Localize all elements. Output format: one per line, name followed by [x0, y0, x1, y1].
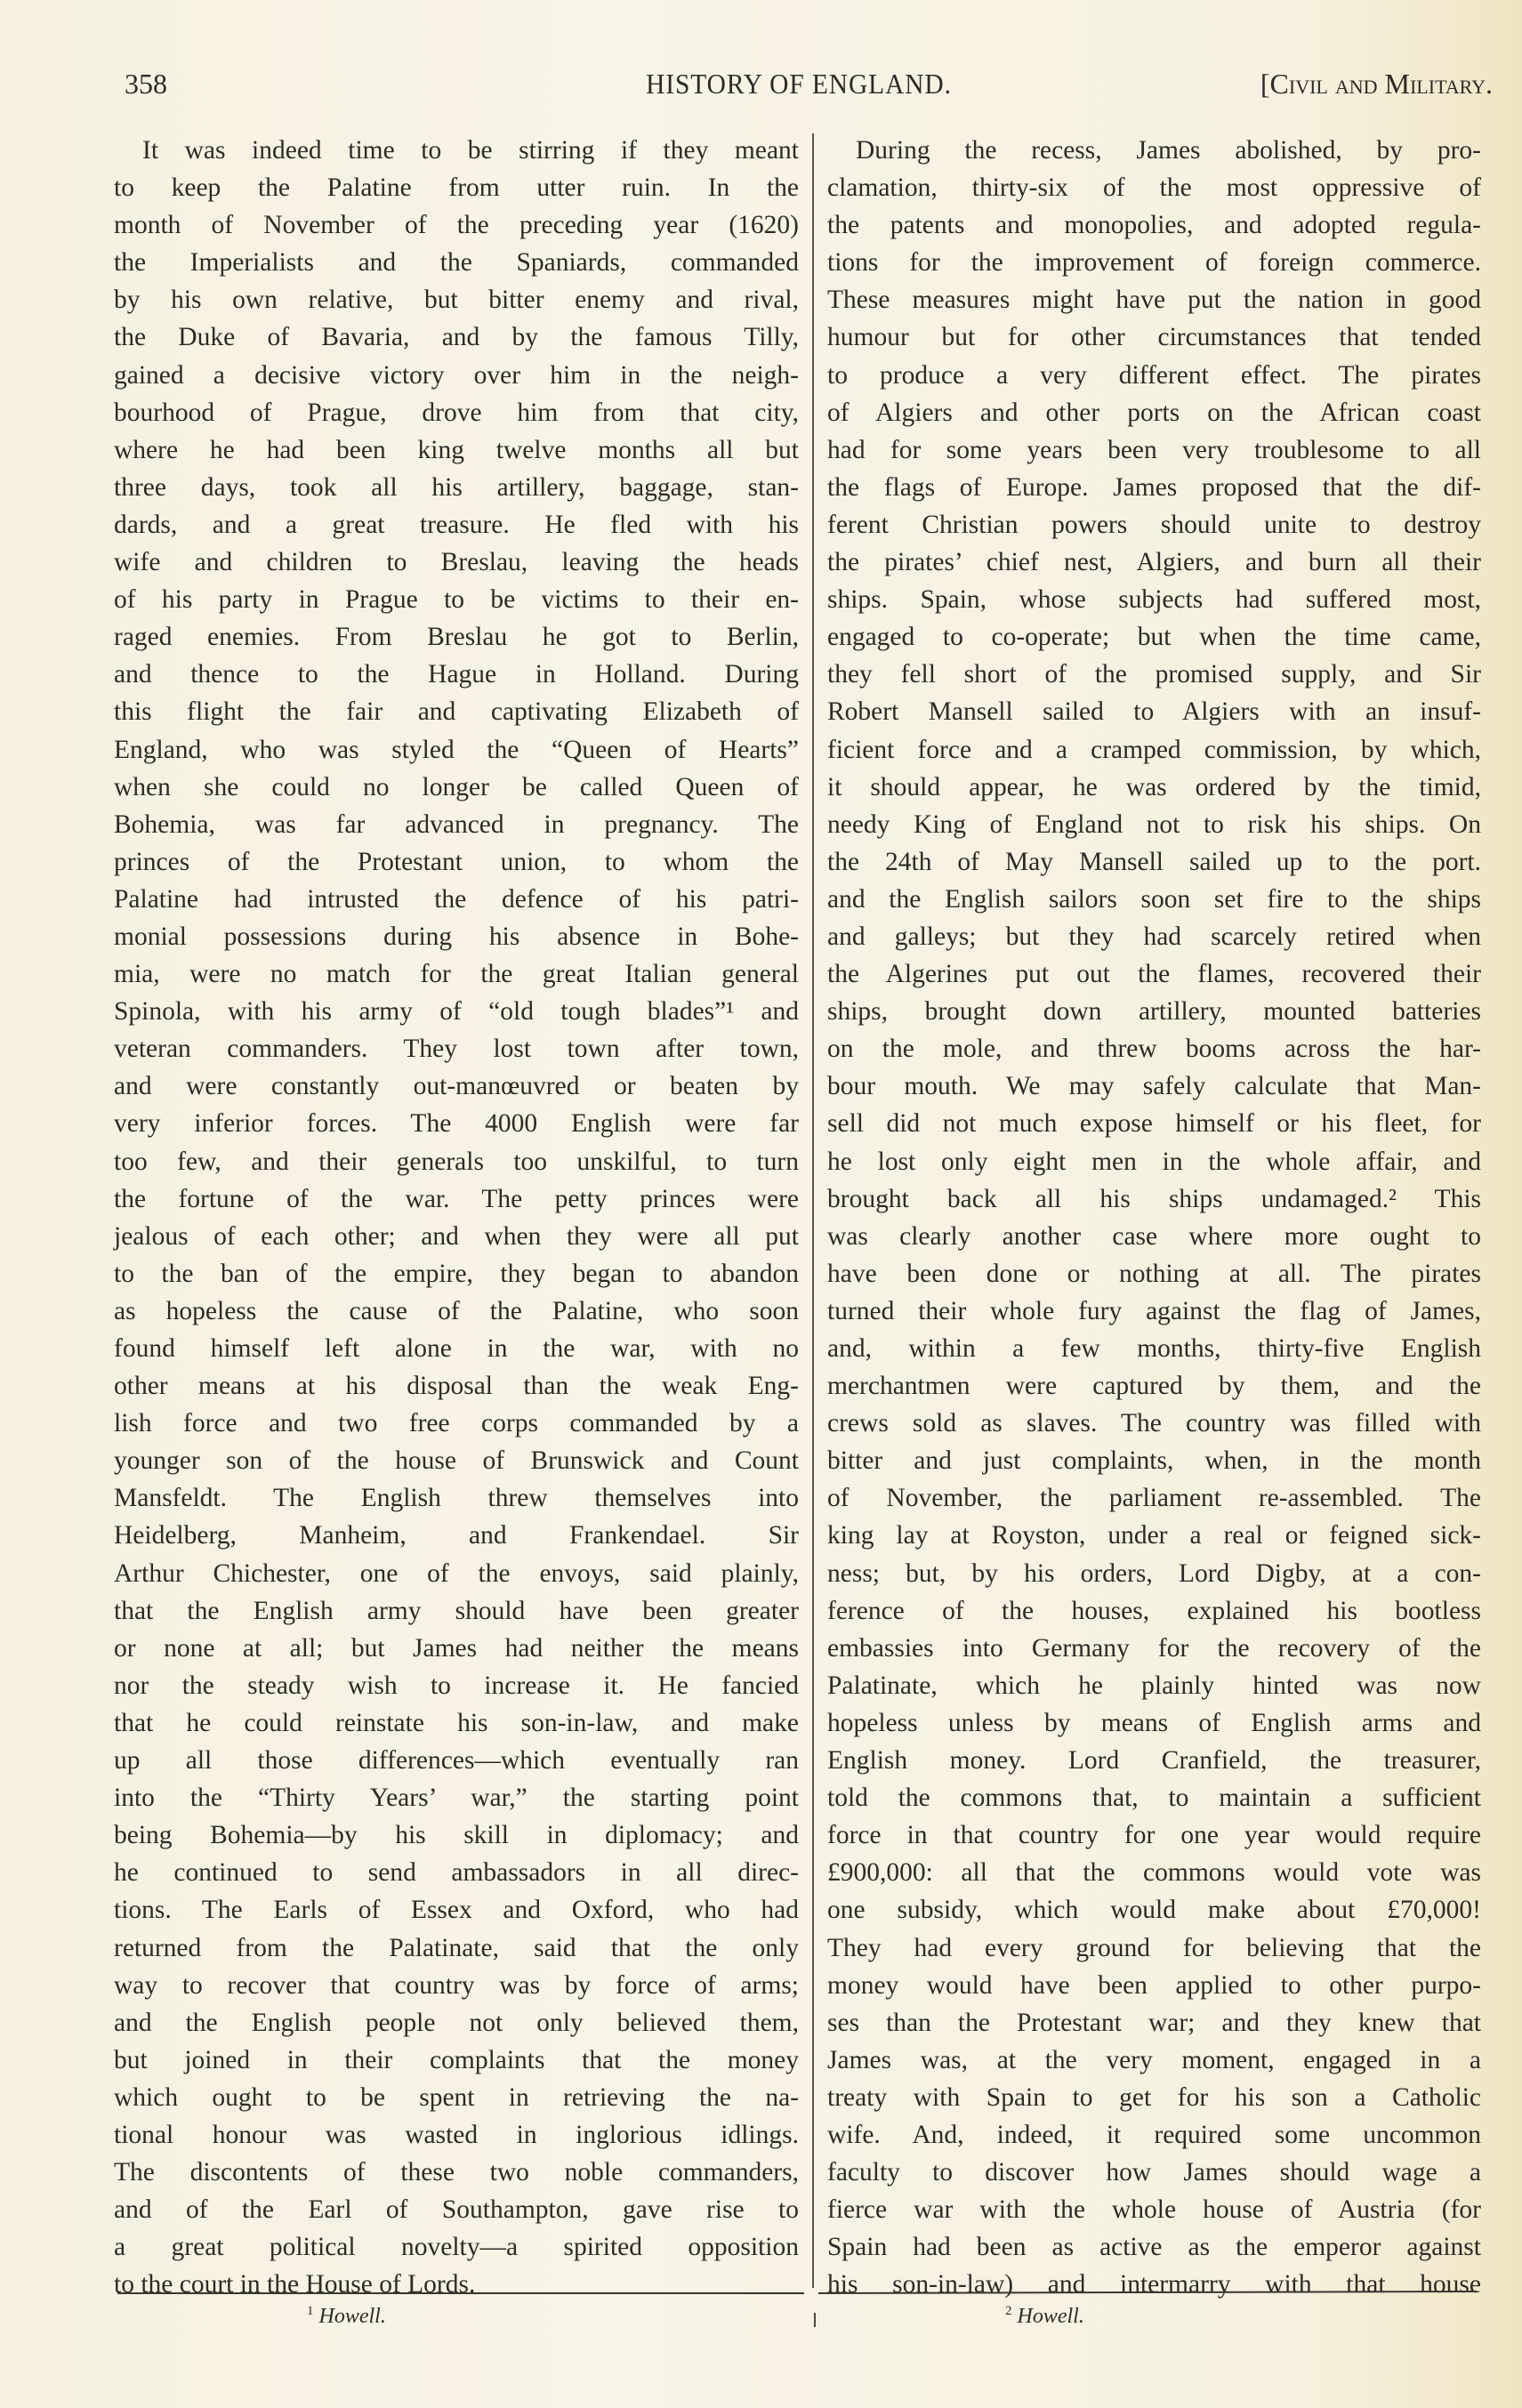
text-line: and galleys; but they had scarcely retir…	[827, 918, 1481, 955]
text-line: ferent Christian powers should unite to …	[827, 506, 1481, 544]
text-line: ses than the Protestant war; and they kn…	[827, 2004, 1481, 2042]
text-line: nor the steady wish to increase it. He f…	[114, 1667, 799, 1704]
text-line: ness; but, by his orders, Lord Digby, at…	[827, 1555, 1481, 1592]
text-line: During the recess, James abolished, by p…	[827, 132, 1481, 169]
text-line: dards, and a great treasure. He fled wit…	[114, 506, 799, 544]
text-line: ships, brought down artillery, mounted b…	[827, 993, 1481, 1030]
text-line: treaty with Spain to get for his son a C…	[827, 2079, 1481, 2116]
text-line: that the English army should have been g…	[114, 1592, 799, 1630]
text-line: told the commons that, to maintain a suf…	[827, 1779, 1481, 1816]
text-line: and thence to the Hague in Holland. Duri…	[114, 656, 799, 693]
text-line: Robert Mansell sailed to Algiers with an…	[827, 693, 1481, 730]
section-label: [Civil and Military.	[1260, 68, 1493, 101]
text-line: when she could no longer be called Queen…	[114, 769, 799, 806]
text-line: engaged to co-operate; but when the time…	[827, 618, 1481, 656]
text-line: found himself left alone in the war, wit…	[114, 1330, 799, 1367]
text-line: he lost only eight men in the whole affa…	[827, 1143, 1481, 1180]
text-line: England, who was styled the “Queen of He…	[114, 731, 799, 769]
text-line: but joined in their complaints that the …	[114, 2042, 799, 2079]
text-line: faculty to discover how James should wag…	[827, 2154, 1481, 2191]
footnote-text: Howell.	[319, 2305, 386, 2328]
text-line: to the court in the House of Lords.	[114, 2266, 799, 2303]
text-line: month of November of the preceding year …	[114, 206, 799, 244]
text-line: These measures might have put the nation…	[827, 281, 1481, 318]
text-line: gained a decisive victory over him in th…	[114, 357, 799, 394]
text-line: returned from the Palatinate, said that …	[114, 1929, 799, 1967]
text-line: and the English people not only believed…	[114, 2004, 799, 2042]
text-line: Palatine had intrusted the defence of hi…	[114, 881, 799, 918]
text-line: have been done or nothing at all. The pi…	[827, 1255, 1481, 1293]
text-line: wife and children to Breslau, leaving th…	[114, 544, 799, 581]
text-line: one subsidy, which would make about £70,…	[827, 1891, 1481, 1929]
text-line: mia, were no match for the great Italian…	[114, 955, 799, 993]
text-line: raged enemies. From Breslau he got to Be…	[114, 618, 799, 656]
gutter-mark	[814, 2313, 816, 2327]
text-line: tions. The Earls of Essex and Oxford, wh…	[114, 1891, 799, 1929]
text-line: money would have been applied to other p…	[827, 1967, 1481, 2004]
text-line: other means at his disposal than the wea…	[114, 1367, 799, 1405]
footnote-1: 1 Howell.	[307, 2304, 386, 2329]
text-line: he continued to send ambassadors in all …	[114, 1854, 799, 1891]
text-line: and were constantly out-manœuvred or bea…	[114, 1067, 799, 1105]
text-line: to keep the Palatine from utter ruin. In…	[114, 169, 799, 206]
text-line: this flight the fair and captivating Eli…	[114, 693, 799, 730]
text-line: king lay at Royston, under a real or fei…	[827, 1517, 1481, 1554]
text-line: it should appear, he was ordered by the …	[827, 769, 1481, 806]
text-line: tions for the improvement of foreign com…	[827, 244, 1481, 281]
text-line: and the English sailors soon set fire to…	[827, 881, 1481, 918]
text-line: Arthur Chichester, one of the envoys, sa…	[114, 1555, 799, 1592]
text-line: to produce a very different effect. The …	[827, 357, 1481, 394]
text-line: the 24th of May Mansell sailed up to the…	[827, 843, 1481, 881]
text-line: of November, the parliament re-assembled…	[827, 1479, 1481, 1517]
text-line: ficient force and a cramped commission, …	[827, 731, 1481, 769]
right-column: During the recess, James abolished, by p…	[827, 132, 1481, 2303]
text-line: Spinola, with his army of “old tough bla…	[114, 993, 799, 1030]
text-line: humour but for other circumstances that …	[827, 318, 1481, 356]
text-line: Bohemia, was far advanced in pregnancy. …	[114, 806, 799, 843]
running-header: 358 HISTORY OF ENGLAND. [Civil and Milit…	[114, 62, 1484, 107]
text-line: hopeless unless by means of English arms…	[827, 1704, 1481, 1742]
text-line: The discontents of these two noble comma…	[114, 2154, 799, 2191]
text-line: very inferior forces. The 4000 English w…	[114, 1105, 799, 1142]
text-line: younger son of the house of Brunswick an…	[114, 1442, 799, 1479]
text-line: as hopeless the cause of the Palatine, w…	[114, 1293, 799, 1330]
text-line: and, within a few months, thirty-five En…	[827, 1330, 1481, 1367]
text-line: turned their whole fury against the flag…	[827, 1293, 1481, 1330]
footnote-marker: 1	[307, 2304, 314, 2318]
text-line: It was indeed time to be stirring if the…	[114, 132, 799, 169]
text-line: or none at all; but James had neither th…	[114, 1630, 799, 1667]
text-line: tional honour was wasted in inglorious i…	[114, 2116, 799, 2154]
text-line: Palatinate, which he plainly hinted was …	[827, 1667, 1481, 1704]
text-line: and of the Earl of Southampton, gave ris…	[114, 2191, 799, 2228]
text-line: of his party in Prague to be victims to …	[114, 581, 799, 618]
footnote-marker: 2	[1005, 2304, 1012, 2318]
text-line: of Algiers and other ports on the Africa…	[827, 394, 1481, 431]
text-line: James was, at the very moment, engaged i…	[827, 2042, 1481, 2079]
text-line: into the “Thirty Years’ war,” the starti…	[114, 1779, 799, 1816]
text-line: was clearly another case where more ough…	[827, 1218, 1481, 1255]
text-line: wife. And, indeed, it required some unco…	[827, 2116, 1481, 2154]
text-line: bour mouth. We may safely calculate that…	[827, 1067, 1481, 1105]
text-line: the Duke of Bavaria, and by the famous T…	[114, 318, 799, 356]
text-line: his son-in-law) and intermarry with that…	[827, 2266, 1481, 2303]
text-line: the fortune of the war. The petty prince…	[114, 1180, 799, 1218]
text-line: bourhood of Prague, drove him from that …	[114, 394, 799, 431]
text-line: lish force and two free corps commanded …	[114, 1405, 799, 1442]
text-line: force in that country for one year would…	[827, 1816, 1481, 1854]
text-line: Spain had been as active as the emperor …	[827, 2228, 1481, 2266]
text-line: three days, took all his artillery, bagg…	[114, 469, 799, 506]
text-line: the patents and monopolies, and adopted …	[827, 206, 1481, 244]
text-line: brought back all his ships undamaged.² T…	[827, 1180, 1481, 1218]
text-line: the flags of Europe. James proposed that…	[827, 469, 1481, 506]
text-line: sell did not much expose himself or his …	[827, 1105, 1481, 1142]
text-line: bitter and just complaints, when, in the…	[827, 1442, 1481, 1479]
text-line: ference of the houses, explained his boo…	[827, 1592, 1481, 1630]
text-line: ships. Spain, whose subjects had suffere…	[827, 581, 1481, 618]
text-line: way to recover that country was by force…	[114, 1967, 799, 2004]
footnote-2: 2 Howell.	[1005, 2304, 1084, 2329]
text-line: they fell short of the promised supply, …	[827, 656, 1481, 693]
text-line: a great political novelty—a spirited opp…	[114, 2228, 799, 2266]
text-line: the pirates’ chief nest, Algiers, and bu…	[827, 544, 1481, 581]
text-line: Heidelberg, Manheim, and Frankendael. Si…	[114, 1517, 799, 1554]
text-line: which ought to be spent in retrieving th…	[114, 2079, 799, 2116]
running-title: HISTORY OF ENGLAND.	[169, 68, 1429, 101]
text-line: monial possessions during his absence in…	[114, 918, 799, 955]
text-line: jealous of each other; and when they wer…	[114, 1218, 799, 1255]
footnote-text: Howell.	[1018, 2305, 1084, 2328]
text-line: being Bohemia—by his skill in diplomacy;…	[114, 1816, 799, 1854]
text-line: They had every ground for believing that…	[827, 1929, 1481, 1967]
text-line: by his own relative, but bitter enemy an…	[114, 281, 799, 318]
text-line: that he could reinstate his son-in-law, …	[114, 1704, 799, 1742]
text-line: Mansfeldt. The English threw themselves …	[114, 1479, 799, 1517]
text-line: the Algerines put out the flames, recove…	[827, 955, 1481, 993]
text-line: clamation, thirty-six of the most oppres…	[827, 169, 1481, 206]
text-line: English money. Lord Cranfield, the treas…	[827, 1742, 1481, 1779]
text-line: needy King of England not to risk his sh…	[827, 806, 1481, 843]
text-line: fierce war with the whole house of Austr…	[827, 2191, 1481, 2228]
text-line: too few, and their generals too unskilfu…	[114, 1143, 799, 1180]
left-column: It was indeed time to be stirring if the…	[114, 132, 799, 2303]
text-line: princes of the Protestant union, to whom…	[114, 843, 799, 881]
text-line: embassies into Germany for the recovery …	[827, 1630, 1481, 1667]
text-line: £900,000: all that the commons would vot…	[827, 1854, 1481, 1891]
column-divider	[812, 133, 814, 2288]
text-line: on the mole, and threw booms across the …	[827, 1030, 1481, 1067]
text-line: up all those differences—which eventuall…	[114, 1742, 799, 1779]
footnote-rule-left	[117, 2292, 804, 2294]
text-line: merchantmen were captured by them, and t…	[827, 1367, 1481, 1405]
text-line: the Imperialists and the Spaniards, comm…	[114, 244, 799, 281]
text-line: crews sold as slaves. The country was fi…	[827, 1405, 1481, 1442]
text-line: had for some years been very troublesome…	[827, 431, 1481, 469]
text-line: veteran commanders. They lost town after…	[114, 1030, 799, 1067]
text-line: where he had been king twelve months all…	[114, 431, 799, 469]
page-number: 358	[125, 68, 167, 101]
text-line: to the ban of the empire, they began to …	[114, 1255, 799, 1293]
